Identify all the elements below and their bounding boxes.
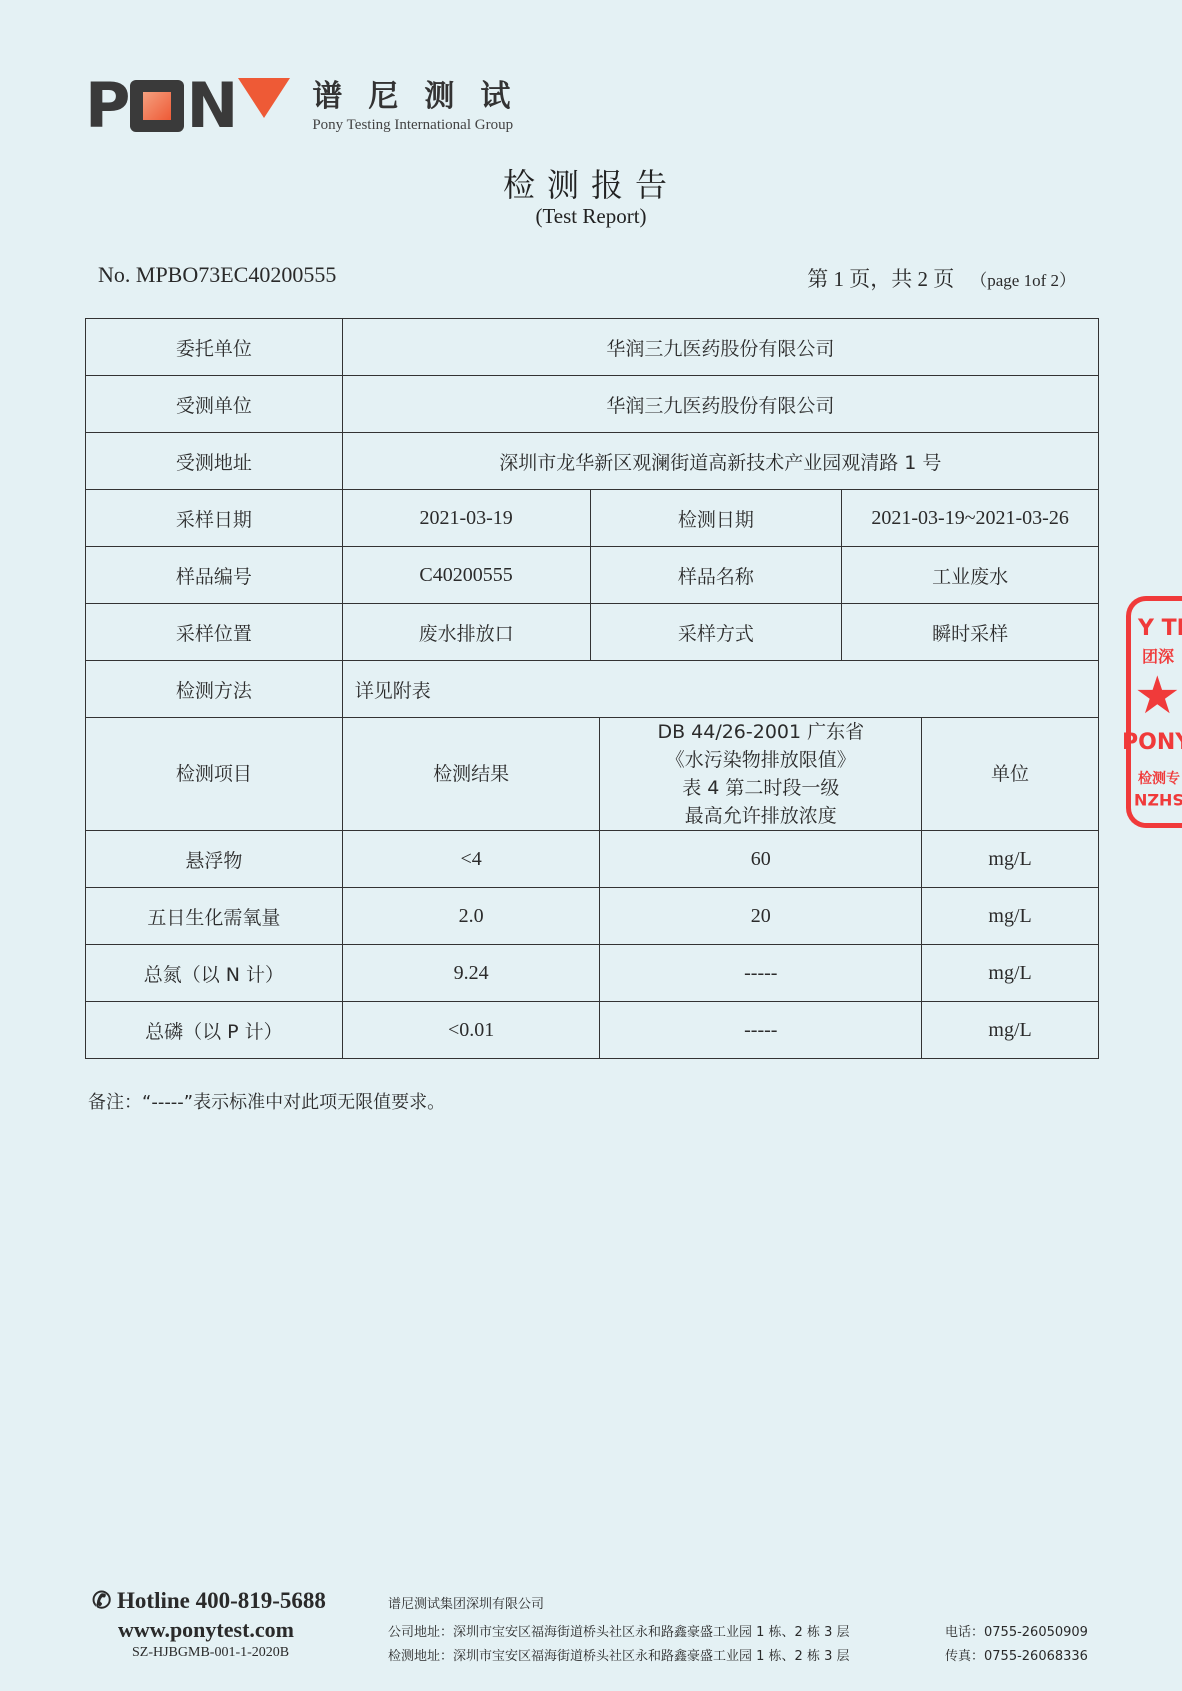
header-standard: DB 44/26-2001 广东省 《水污染物排放限值》 表 4 第二时段一级 …	[600, 718, 922, 831]
logo-letter-o	[130, 80, 184, 132]
sampling-method-label: 采样方式	[590, 604, 842, 661]
sampling-method-value: 瞬时采样	[842, 604, 1099, 661]
table-row: 悬浮物 <4 60 mg/L	[86, 831, 1099, 888]
method-row: 检测方法 详见附表	[86, 661, 1099, 718]
client-value: 华润三九医药股份有限公司	[342, 319, 1098, 376]
sample-no-value: C40200555	[342, 547, 590, 604]
logo-triangle-icon	[238, 78, 290, 118]
table-row: 五日生化需氧量 2.0 20 mg/L	[86, 888, 1099, 945]
test-date-label: 检测日期	[590, 490, 842, 547]
stamp-text-top: Y TE	[1138, 616, 1182, 641]
client-label: 委托单位	[86, 319, 343, 376]
tested-unit-value: 华润三九医药股份有限公司	[342, 376, 1098, 433]
result-item: 总磷（以 P 计）	[86, 1002, 343, 1059]
result-unit: mg/L	[922, 1002, 1099, 1059]
sampling-location-label: 采样位置	[86, 604, 343, 661]
address-row: 受测地址 深圳市龙华新区观澜街道高新技术产业园观清路 1 号	[86, 433, 1099, 490]
logo-english-name: Pony Testing International Group	[312, 117, 536, 134]
result-limit: 60	[600, 831, 922, 888]
method-value: 详见附表	[342, 661, 1098, 718]
result-limit: -----	[600, 1002, 922, 1059]
report-title: 检测报告	[0, 160, 1182, 206]
report-table: 委托单位 华润三九医药股份有限公司 受测单位 华润三九医药股份有限公司 受测地址…	[85, 318, 1099, 1059]
result-value: <4	[342, 831, 600, 888]
stamp-text-cn-top: 团深	[1142, 644, 1174, 667]
footer-hotline: ✆ Hotline 400-819-5688	[92, 1588, 326, 1614]
logo-letter-n: N	[186, 78, 236, 134]
result-value: <0.01	[342, 1002, 600, 1059]
tested-unit-row: 受测单位 华润三九医药股份有限公司	[86, 376, 1099, 433]
footer-website[interactable]: www.ponytest.com	[118, 1617, 294, 1643]
sample-no-label: 样品编号	[86, 547, 343, 604]
sample-name-value: 工业废水	[842, 547, 1099, 604]
sample-row: 样品编号 C40200555 样品名称 工业废水	[86, 547, 1099, 604]
result-unit: mg/L	[922, 888, 1099, 945]
logo-letter-p: P	[85, 78, 128, 134]
sampling-date-value: 2021-03-19	[342, 490, 590, 547]
standard-line-4: 最高允许排放浓度	[604, 802, 917, 830]
logo-chinese-name: 谱尼测试	[312, 79, 536, 115]
stamp-text-mid: PONY	[1122, 730, 1182, 755]
result-limit: 20	[600, 888, 922, 945]
stamp-text-cn-bottom: 检测专	[1138, 768, 1180, 788]
footer-company-name: 谱尼测试集团深圳有限公司	[388, 1593, 544, 1612]
report-subtitle: (Test Report)	[0, 204, 1182, 229]
pony-logo-mark: P N	[85, 78, 290, 134]
remark-note: 备注：“-----”表示标准中对此项无限值要求。	[88, 1088, 445, 1114]
sampling-location-value: 废水排放口	[342, 604, 590, 661]
table-row: 总磷（以 P 计） <0.01 ----- mg/L	[86, 1002, 1099, 1059]
dates-row: 采样日期 2021-03-19 检测日期 2021-03-19~2021-03-…	[86, 490, 1099, 547]
table-row: 总氮（以 N 计） 9.24 ----- mg/L	[86, 945, 1099, 1002]
result-item: 总氮（以 N 计）	[86, 945, 343, 1002]
footer-template-code: SZ-HJBGMB-001-1-2020B	[132, 1645, 289, 1661]
page-indicator-cn: 第 1 页，共 2 页	[807, 267, 954, 291]
sample-name-label: 样品名称	[590, 547, 842, 604]
result-value: 2.0	[342, 888, 600, 945]
footer-company-address: 公司地址：深圳市宝安区福海街道桥头社区永和路鑫豪盛工业园 1 栋、2 栋 3 层	[388, 1621, 849, 1640]
header-result: 检测结果	[342, 718, 600, 831]
official-stamp: Y TE 团深 ★ PONY 检测专 SHZN	[1126, 596, 1182, 828]
result-unit: mg/L	[922, 945, 1099, 1002]
company-logo: P N 谱尼测试 Pony Testing International Grou…	[85, 78, 536, 134]
method-label: 检测方法	[86, 661, 343, 718]
page-indicator: 第 1 页，共 2 页（page 1of 2）	[807, 263, 1076, 293]
header-item: 检测项目	[86, 718, 343, 831]
test-date-value: 2021-03-19~2021-03-26	[842, 490, 1099, 547]
page-indicator-en: （page 1of 2）	[970, 271, 1076, 290]
standard-line-2: 《水污染物排放限值》	[604, 746, 917, 774]
tested-unit-label: 受测单位	[86, 376, 343, 433]
client-row: 委托单位 华润三九医药股份有限公司	[86, 319, 1099, 376]
sampling-row: 采样位置 废水排放口 采样方式 瞬时采样	[86, 604, 1099, 661]
standard-line-1: DB 44/26-2001 广东省	[604, 718, 917, 746]
stamp-text-bottom: SHZN	[1134, 790, 1182, 809]
address-label: 受测地址	[86, 433, 343, 490]
header-unit: 单位	[922, 718, 1099, 831]
result-item: 悬浮物	[86, 831, 343, 888]
result-value: 9.24	[342, 945, 600, 1002]
result-unit: mg/L	[922, 831, 1099, 888]
star-icon: ★	[1134, 670, 1181, 722]
sampling-date-label: 采样日期	[86, 490, 343, 547]
standard-line-3: 表 4 第二时段一级	[604, 774, 917, 802]
results-header-row: 检测项目 检测结果 DB 44/26-2001 广东省 《水污染物排放限值》 表…	[86, 718, 1099, 831]
address-value: 深圳市龙华新区观澜街道高新技术产业园观清路 1 号	[342, 433, 1098, 490]
result-item: 五日生化需氧量	[86, 888, 343, 945]
footer-fax: 传真：0755-26068336	[945, 1645, 1088, 1664]
result-limit: -----	[600, 945, 922, 1002]
footer-telephone: 电话：0755-26050909	[945, 1621, 1088, 1640]
footer-test-address: 检测地址：深圳市宝安区福海街道桥头社区永和路鑫豪盛工业园 1 栋、2 栋 3 层	[388, 1645, 849, 1664]
report-number: No. MPBO73EC40200555	[98, 262, 336, 288]
